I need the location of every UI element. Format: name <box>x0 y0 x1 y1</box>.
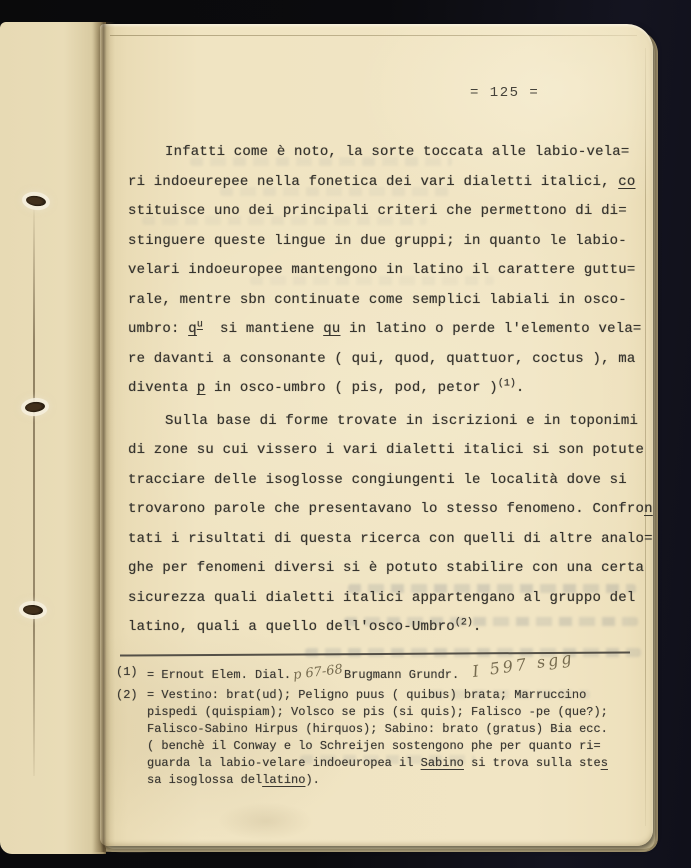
footnote-text: = Ernout Elem. Dial.p 67-68Brugmann Grun… <box>147 664 632 684</box>
footnote-text: = Vestino: brat(ud); Peligno puus ( quib… <box>147 687 632 789</box>
text-segment: re davanti a consonante ( qui, quod, qua… <box>128 351 635 367</box>
text-segment: ( benchè il Conway e lo Schreijen sosten… <box>147 739 601 753</box>
text-line: sicurezza quali dialetti italici apparte… <box>128 584 636 614</box>
text-segment: . <box>516 380 525 396</box>
text-segment: qu <box>323 321 340 337</box>
footnote-line: = Ernout Elem. Dial.p 67-68Brugmann Grun… <box>147 664 632 684</box>
text-line: Infatti come è noto, la sorte toccata al… <box>128 138 636 168</box>
text-segment: . <box>473 619 482 635</box>
footnote-line: Falisco-Sabino Hirpus (hirquos); Sabino:… <box>147 721 632 738</box>
footnote-line: sa isoglossa dellatino). <box>147 772 632 789</box>
text-segment: tracciare delle isoglosse congiungenti l… <box>128 472 627 488</box>
footnote-marker: (2) <box>116 687 147 789</box>
text-segment: si trova sulla ste <box>464 756 601 770</box>
text-line: stinguere queste lingue in due gruppi; i… <box>128 227 636 257</box>
text-line: di zone su cui vissero i vari dialetti i… <box>128 436 636 466</box>
text-segment: (2) <box>455 617 473 628</box>
under-page-right-edge <box>645 48 646 826</box>
text-segment: Falisco-Sabino Hirpus (hirquos); Sabino:… <box>147 722 608 736</box>
text-segment: s <box>601 756 608 770</box>
text-segment: n <box>644 501 653 517</box>
under-page-top-edge <box>110 35 637 36</box>
text-segment: tati i risultati di questa ricerca con q… <box>128 531 653 547</box>
text-segment: latino, quali a quello dell'osco-Umbro <box>128 619 455 635</box>
footnote-line: = Vestino: brat(ud); Peligno puus ( quib… <box>147 687 632 704</box>
text-line: ghe per fenomeni diversi si è potuto sta… <box>128 554 636 584</box>
footnotes: (1)= Ernout Elem. Dial.p 67-68Brugmann G… <box>116 661 632 789</box>
text-segment: Infatti come è noto, la sorte toccata al… <box>165 144 629 160</box>
binding-thread <box>33 198 35 776</box>
text-segment: stituisce uno dei principali criteri che… <box>128 203 627 219</box>
page-sheet: = 125 = Infatti come è noto, la sorte to… <box>100 24 653 846</box>
text-line: re davanti a consonante ( qui, quod, qua… <box>128 345 636 375</box>
footnote-line: guarda la labio-velare indoeuropea il Sa… <box>147 755 632 772</box>
text-segment: Sabino <box>421 756 464 770</box>
text-line: rale, mentre sbn continuate come semplic… <box>128 286 636 316</box>
gutter-shadow <box>93 22 115 852</box>
text-segment: diventa <box>128 380 197 396</box>
previous-page-edge <box>0 22 106 854</box>
body-text: Infatti come è noto, la sorte toccata al… <box>128 138 636 643</box>
text-segment: si mantiene <box>203 321 323 337</box>
text-line: diventa p in osco-umbro ( pis, pod, peto… <box>128 374 636 404</box>
text-segment: ri indoeurepee nella fonetica dei vari d… <box>128 174 618 190</box>
text-segment: in osco-umbro ( pis, pod, petor ) <box>205 380 497 396</box>
footnote-marker: (1) <box>116 664 147 684</box>
text-segment: latino <box>262 773 305 787</box>
text-line: umbro: qu si mantiene qu in latino o per… <box>128 315 636 345</box>
document-scan: = 125 = Infatti come è noto, la sorte to… <box>0 0 691 868</box>
text-segment: Brugmann Grundr. <box>344 668 466 682</box>
text-segment: q <box>188 321 197 337</box>
text-segment: (1) <box>498 378 516 389</box>
text-line: stituisce uno dei principali criteri che… <box>128 197 636 227</box>
text-line: trovarono parole che presentavano lo ste… <box>128 495 636 525</box>
text-segment: rale, mentre sbn continuate come semplic… <box>128 292 627 308</box>
text-segment: Sulla base di forme trovate in iscrizion… <box>165 413 638 429</box>
text-line: latino, quali a quello dell'osco-Umbro(2… <box>128 613 636 643</box>
footnote-line: pispedi (quispiam); Volsco se pis (si qu… <box>147 704 632 721</box>
handwritten-annotation: p 67-68 <box>292 661 344 684</box>
text-segment: sa isoglossa del <box>147 773 262 787</box>
text-segment: ). <box>305 773 319 787</box>
footnote-line: ( benchè il Conway e lo Schreijen sosten… <box>147 738 632 755</box>
text-segment: sicurezza quali dialetti italici apparte… <box>128 590 635 606</box>
text-segment: velari indoeuropee mantengono in latino … <box>128 262 635 278</box>
text-segment: trovarono parole che presentavano lo ste… <box>128 501 644 517</box>
footnote: (1)= Ernout Elem. Dial.p 67-68Brugmann G… <box>116 664 632 684</box>
text-line: tracciare delle isoglosse congiungenti l… <box>128 466 636 496</box>
text-line: Sulla base di forme trovate in iscrizion… <box>128 407 636 437</box>
text-segment: umbro: <box>128 321 188 337</box>
text-segment: = Vestino: brat(ud); Peligno puus ( quib… <box>147 688 586 702</box>
text-segment: di zone su cui vissero i vari dialetti i… <box>128 442 644 458</box>
text-segment: ghe per fenomeni diversi si è potuto sta… <box>128 560 644 576</box>
text-segment: guarda la labio-velare indoeuropea il <box>147 756 421 770</box>
page-number: = 125 = <box>470 85 539 101</box>
text-segment: stinguere queste lingue in due gruppi; i… <box>128 233 627 249</box>
text-line: ri indoeurepee nella fonetica dei vari d… <box>128 168 636 198</box>
text-segment: co <box>618 174 635 190</box>
text-segment: in latino o perde l'elemento vela= <box>340 321 641 337</box>
text-line: velari indoeuropee mantengono in latino … <box>128 256 636 286</box>
text-segment: pispedi (quispiam); Volsco se pis (si qu… <box>147 705 608 719</box>
text-segment: = Ernout Elem. Dial. <box>147 668 291 682</box>
text-line: tati i risultati di questa ricerca con q… <box>128 525 636 555</box>
footnote: (2)= Vestino: brat(ud); Peligno puus ( q… <box>116 687 632 789</box>
